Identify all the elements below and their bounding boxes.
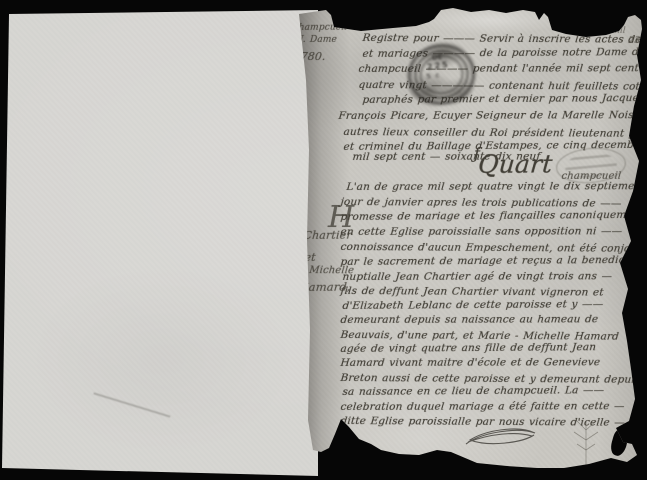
stamp-number: 225 bbox=[426, 60, 450, 72]
act-heading: Quart bbox=[477, 149, 554, 179]
manuscript-line: Registre pour ——— Servir à inscrire les … bbox=[362, 32, 647, 46]
manuscript-line: fils de deffunt Jean Chartier vivant vig… bbox=[340, 285, 604, 299]
manuscript-line: promesse de mariage et les fiançailles c… bbox=[340, 209, 647, 223]
paper-crease bbox=[94, 392, 171, 417]
manuscript-line: connoissance d'aucun Empeschement, ont é… bbox=[340, 241, 647, 255]
manuscript-line: nuptialle Jean Chartier agé de vingt tro… bbox=[342, 270, 613, 283]
manuscript-line: champcueil ———— pendant l'année mil sept… bbox=[358, 62, 647, 75]
signature-scribble bbox=[460, 424, 540, 452]
scanned-register-spread: champcueil N. Dame 780. mil 23 Registre … bbox=[0, 0, 647, 480]
manuscript-line: autres lieux conseiller du Roi président… bbox=[343, 126, 647, 140]
manuscript-line: d'Elizabeth Leblanc de cette paroisse et… bbox=[342, 298, 604, 312]
manuscript-line: demeurant depuis sa naissance au hameau … bbox=[340, 313, 599, 326]
manuscript-line: jour de janvier apres les trois publicat… bbox=[340, 196, 622, 210]
manuscript-line: en cette Eglise paroissialle sans opposi… bbox=[340, 225, 623, 238]
manuscript-line: sa naissance en ce lieu de champcueil. L… bbox=[342, 384, 605, 398]
manuscript-line: agée de vingt quatre ans fille de deffun… bbox=[340, 341, 597, 355]
manuscript-line: et mariages ———— de la paroisse notre Da… bbox=[362, 46, 647, 60]
manuscript-line: paraphés par premier et dernier par nous… bbox=[362, 92, 647, 106]
manuscript-line: quatre vingt ————— contenant huit feuill… bbox=[358, 79, 647, 93]
manuscript-line: Hamard vivant maitre d'école et de Genev… bbox=[340, 356, 601, 369]
margin-note-place: champcueil bbox=[293, 23, 348, 33]
stamp-text-bottom: 5 c bbox=[426, 71, 441, 81]
pencil-tree-mark bbox=[568, 408, 604, 466]
manuscript-line: par le sacrement de mariage et reçus a l… bbox=[340, 254, 646, 268]
manuscript-line: François Picare, Ecuyer Seigneur de la M… bbox=[338, 109, 647, 122]
